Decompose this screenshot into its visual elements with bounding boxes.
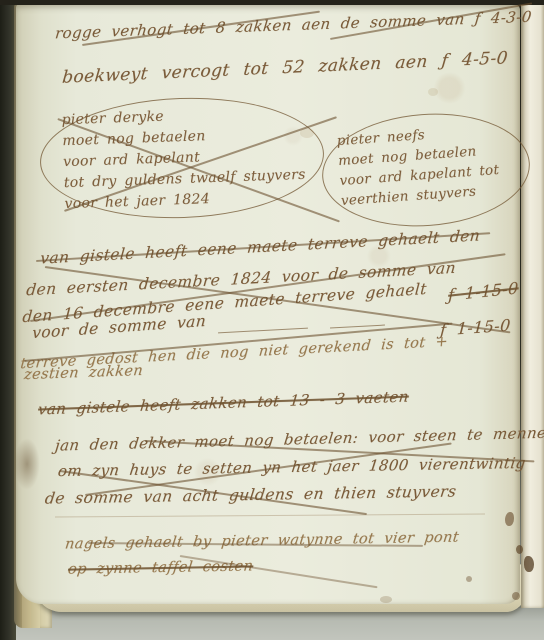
line-taffel-costen: op zynne taffel costen (67, 558, 254, 577)
next-page-sliver (521, 2, 544, 608)
table-backdrop (0, 608, 544, 640)
ink-stain (512, 592, 520, 600)
photo-top-edge (0, 0, 544, 5)
ink-stain (524, 556, 534, 572)
foxing-spot (428, 88, 438, 96)
ink-stain (466, 576, 472, 582)
foxing-spot (380, 596, 392, 603)
ink-stain (516, 545, 523, 554)
photo-background: rogge verhogt tot 8 zakken aen de somme … (0, 0, 544, 640)
ink-stain (14, 438, 40, 490)
